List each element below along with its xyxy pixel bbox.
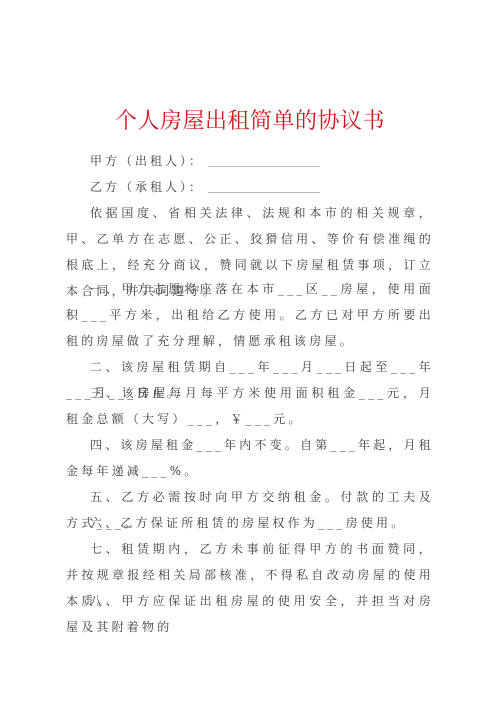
party-b-signature-line xyxy=(208,180,320,193)
document-title: 个人房屋出租简单的协议书 xyxy=(0,104,500,135)
paragraph-clause-6: 六、乙方保证所租赁的房屋权作为___房使用。 xyxy=(66,510,434,536)
paragraph-clause-1: 一、甲方志愿将座落在本市___区__房屋，使用面积___平方米，出租给乙方使用。… xyxy=(66,276,434,354)
party-a-row: 甲方（出租人）： xyxy=(90,152,320,169)
paragraph-clause-3: 三、该房屋每月每平方米使用面积租金___元，月租金总额（大写）___，￥___元… xyxy=(66,380,434,432)
party-b-label: 乙方（承租人）： xyxy=(90,178,204,195)
party-b-row: 乙方（承租人）： xyxy=(90,178,320,195)
document-page: 个人房屋出租简单的协议书 甲方（出租人）： 乙方（承租人）： 依据国度、省相关法… xyxy=(0,0,500,707)
party-a-label: 甲方（出租人）： xyxy=(90,152,204,169)
paragraph-clause-4: 四、该房屋租金___年内不变。自第___年起，月租金每年递减___%。 xyxy=(66,432,434,484)
party-a-signature-line xyxy=(208,154,320,167)
paragraph-clause-8: 八、甲方应保证出租房屋的使用安全，并担当对房屋及其附着物的 xyxy=(66,588,434,640)
